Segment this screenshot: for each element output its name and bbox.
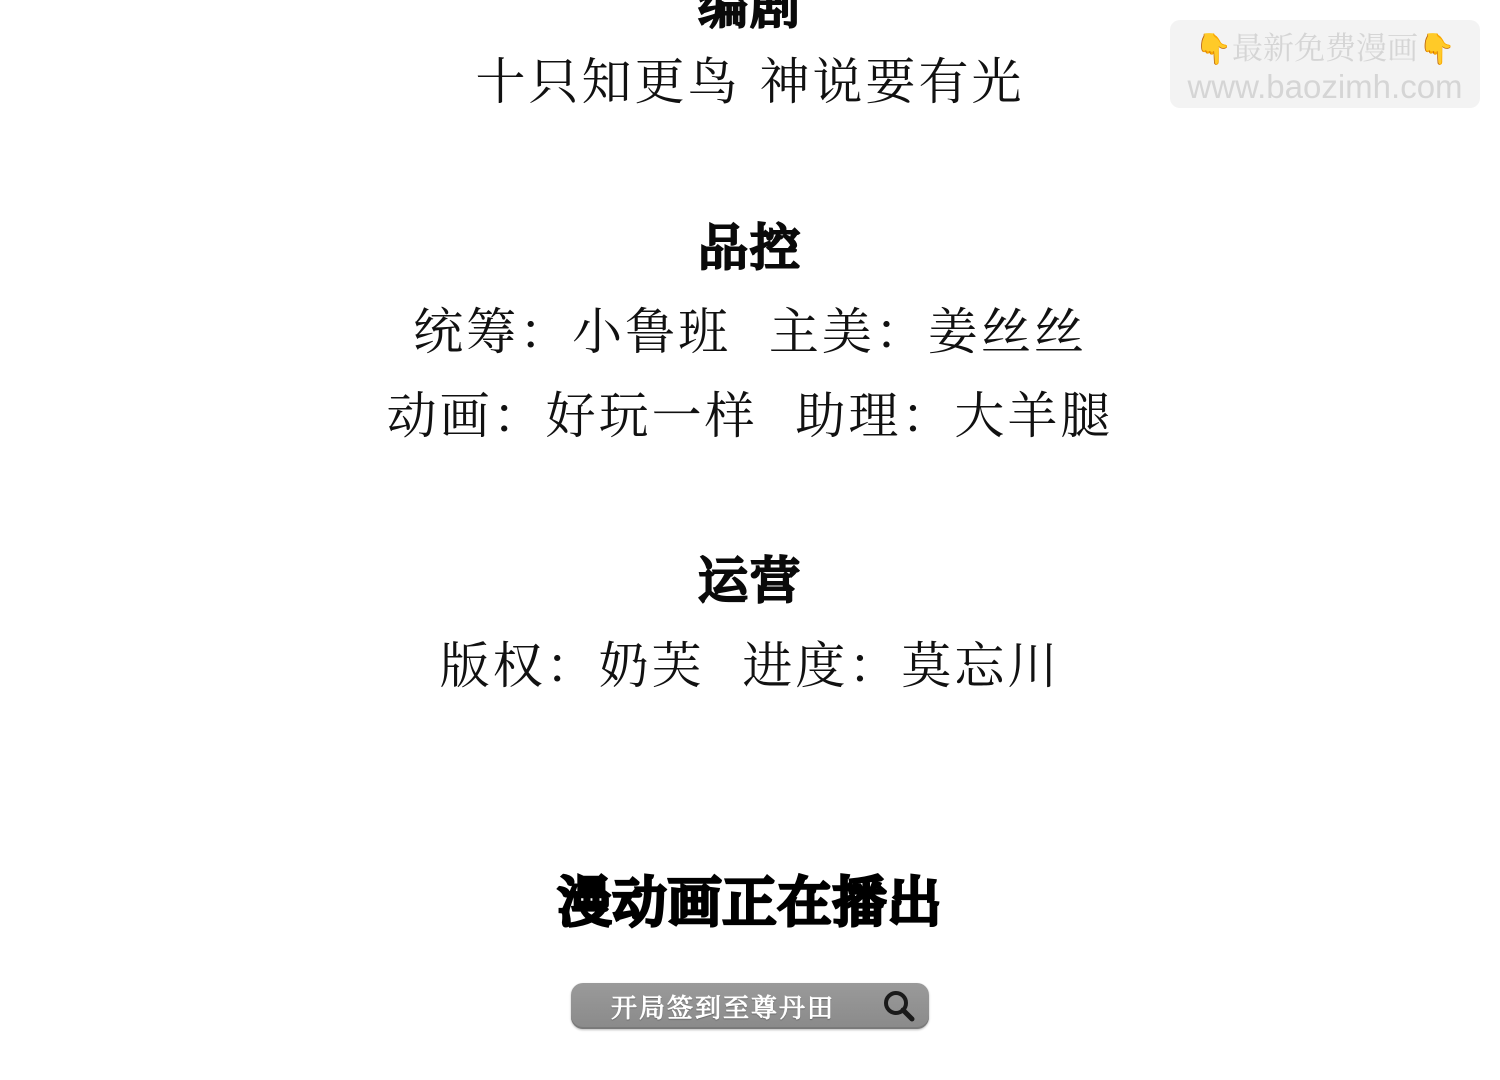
credit-line-copyright-progress: 版权：奶芙 进度：莫忘川 — [0, 626, 1500, 698]
credit-line-screenwriters: 十只知更鸟 神说要有光 — [0, 42, 1500, 114]
section-heading-quality-control: 品控 — [0, 208, 1500, 280]
credits-page: 👇最新免费漫画👇 www.baozimh.com 编剧 十只知更鸟 神说要有光 … — [0, 0, 1500, 1080]
animation-now-airing-title: 漫动画正在播出 — [0, 860, 1500, 937]
section-heading-operations: 运营 — [0, 541, 1500, 613]
search-term: 开局签到至尊丹田 — [611, 988, 879, 1025]
search-suggestion-button[interactable]: 开局签到至尊丹田 — [571, 983, 929, 1029]
section-heading-screenwriter: 编剧 — [0, 0, 1500, 38]
search-icon — [879, 986, 919, 1026]
credit-line-animation-assistant: 动画：好玩一样 助理：大羊腿 — [0, 376, 1500, 448]
credit-line-coordination-art: 统筹：小鲁班 主美：姜丝丝 — [0, 292, 1500, 364]
